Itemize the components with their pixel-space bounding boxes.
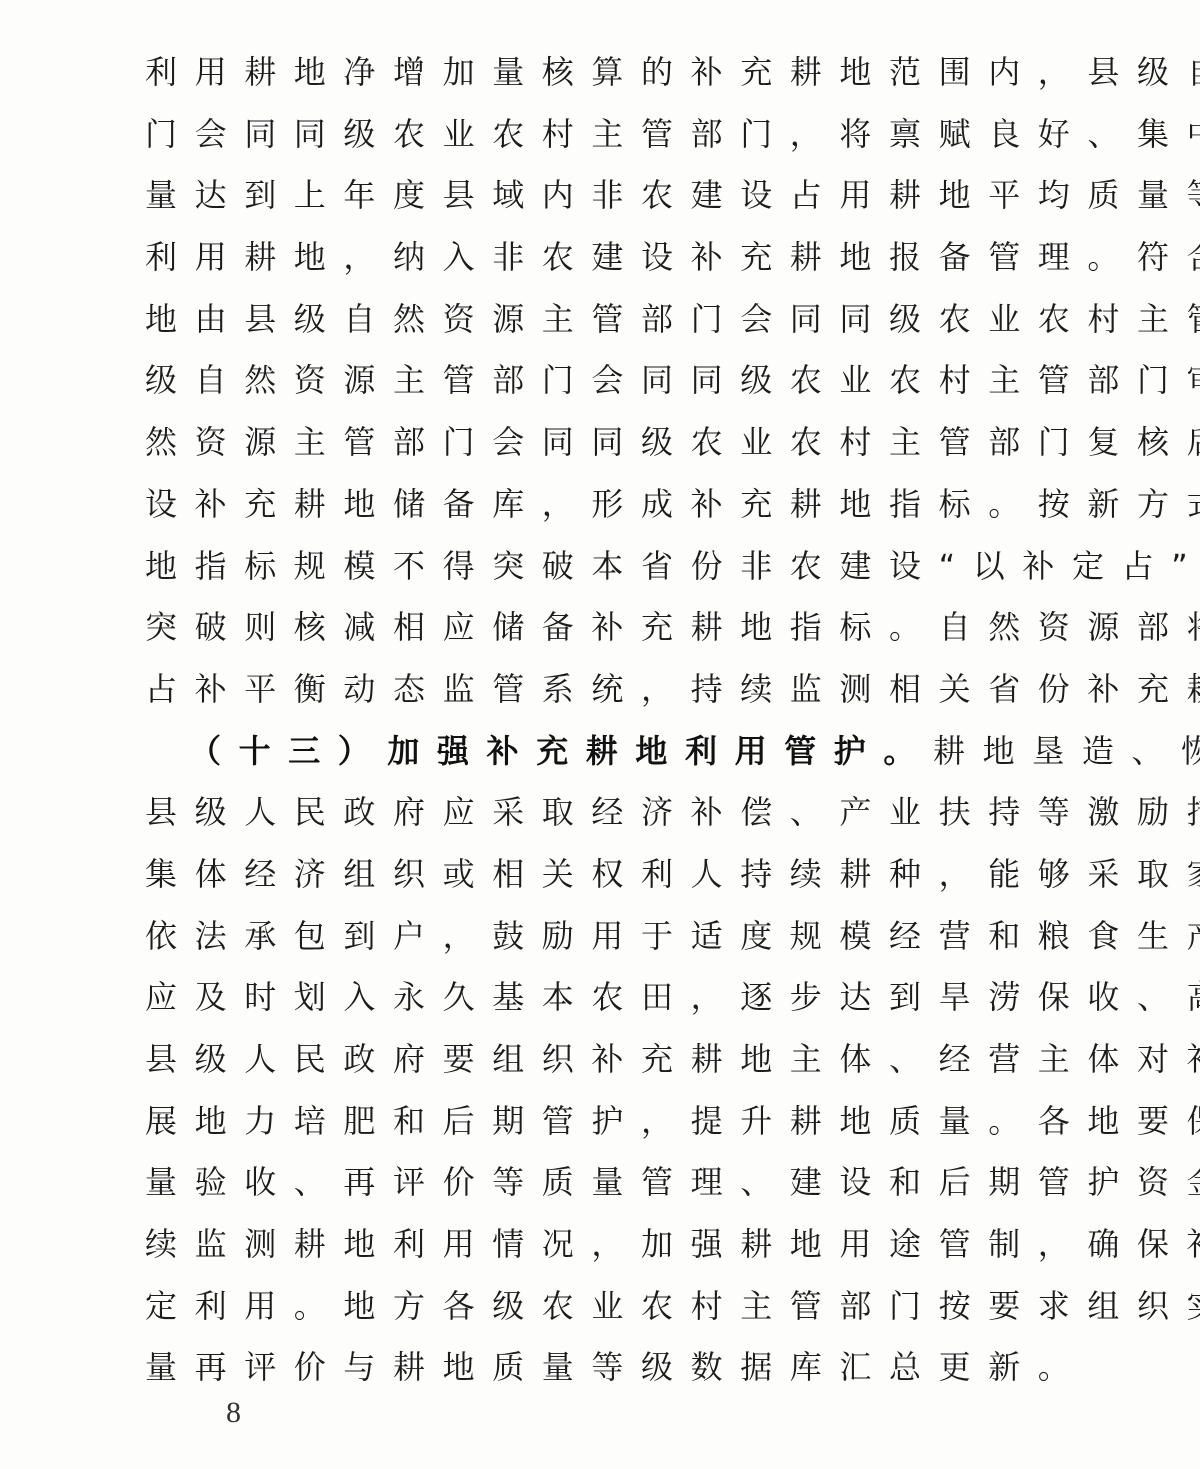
text-line: 利用耕地，纳入非农建设补充耕地报备管理。符合条件的补充耕 xyxy=(145,235,1085,297)
text-line: 集体经济组织或相关权利人持续耕种，能够采取家庭承包的应当 xyxy=(145,852,1085,914)
section-13-first-line-rest: 耕地垦造、恢复完成后， xyxy=(933,732,1200,770)
text-line: 县级人民政府要组织补充耕地主体、经营主体对补充耕地持续开 xyxy=(145,1037,1085,1099)
document-page: 利用耕地净增加量核算的补充耕地范围内，县级自然资源主管部 门会同同级农业农村主管… xyxy=(0,0,1200,1469)
section-13-first-line: （十三）加强补充耕地利用管护。耕地垦造、恢复完成后， xyxy=(145,729,1085,791)
text-line: 量达到上年度县域内非农建设占用耕地平均质量等级的新增稳定 xyxy=(145,173,1085,235)
page-number: 8 xyxy=(226,1396,241,1430)
text-line: 设补充耕地储备库，形成补充耕地指标。按新方式储备的补充耕 xyxy=(145,482,1085,544)
text-line: 利用耕地净增加量核算的补充耕地范围内，县级自然资源主管部 xyxy=(145,50,1085,112)
text-line: 占补平衡动态监管系统，持续监测相关省份补充耕地指标情况。 xyxy=(145,667,1085,729)
text-line: 门会同同级农业农村主管部门，将禀赋良好、集中连片、耕地质 xyxy=(145,112,1085,174)
text-line: 地由县级自然资源主管部门会同同级农业农村主管部门申报、市 xyxy=(145,297,1085,359)
text-line: 量验收、再评价等质量管理、建设和后期管护资金落实到位，持 xyxy=(145,1160,1085,1222)
text-line: 依法承包到户，鼓励用于适度规模经营和粮食生产，符合条件的 xyxy=(145,914,1085,976)
text-line: 然资源主管部门会同同级农业农村主管部门复核后，纳入非农建 xyxy=(145,420,1085,482)
text-line: 地指标规模不得突破本省份非农建设“以补定占”管控规模，若 xyxy=(145,544,1085,606)
text-line: 县级人民政府应采取经济补偿、产业扶持等激励措施，引导农村 xyxy=(145,790,1085,852)
text-line: 续监测耕地利用情况，加强耕地用途管制，确保补充耕地长期稳 xyxy=(145,1222,1085,1284)
text-line: 突破则核减相应储备补充耕地指标。自然资源部将调整全国耕地 xyxy=(145,605,1085,667)
text-line: 应及时划入永久基本农田，逐步达到旱涝保收、高产稳产标准。 xyxy=(145,975,1085,1037)
text-line: 展地力培肥和后期管护，提升耕地质量。各地要保障补充耕地质 xyxy=(145,1099,1085,1161)
body-text: 利用耕地净增加量核算的补充耕地范围内，县级自然资源主管部 门会同同级农业农村主管… xyxy=(145,50,1085,1407)
text-line: 量再评价与耕地质量等级数据库汇总更新。 xyxy=(145,1345,1085,1407)
section-13-heading: （十三）加强补充耕地利用管护。 xyxy=(189,732,933,770)
text-line: 级自然资源主管部门会同同级农业农村主管部门审核，经省级自 xyxy=(145,358,1085,420)
text-line: 定利用。地方各级农业农村主管部门按要求组织实施补充耕地质 xyxy=(145,1284,1085,1346)
